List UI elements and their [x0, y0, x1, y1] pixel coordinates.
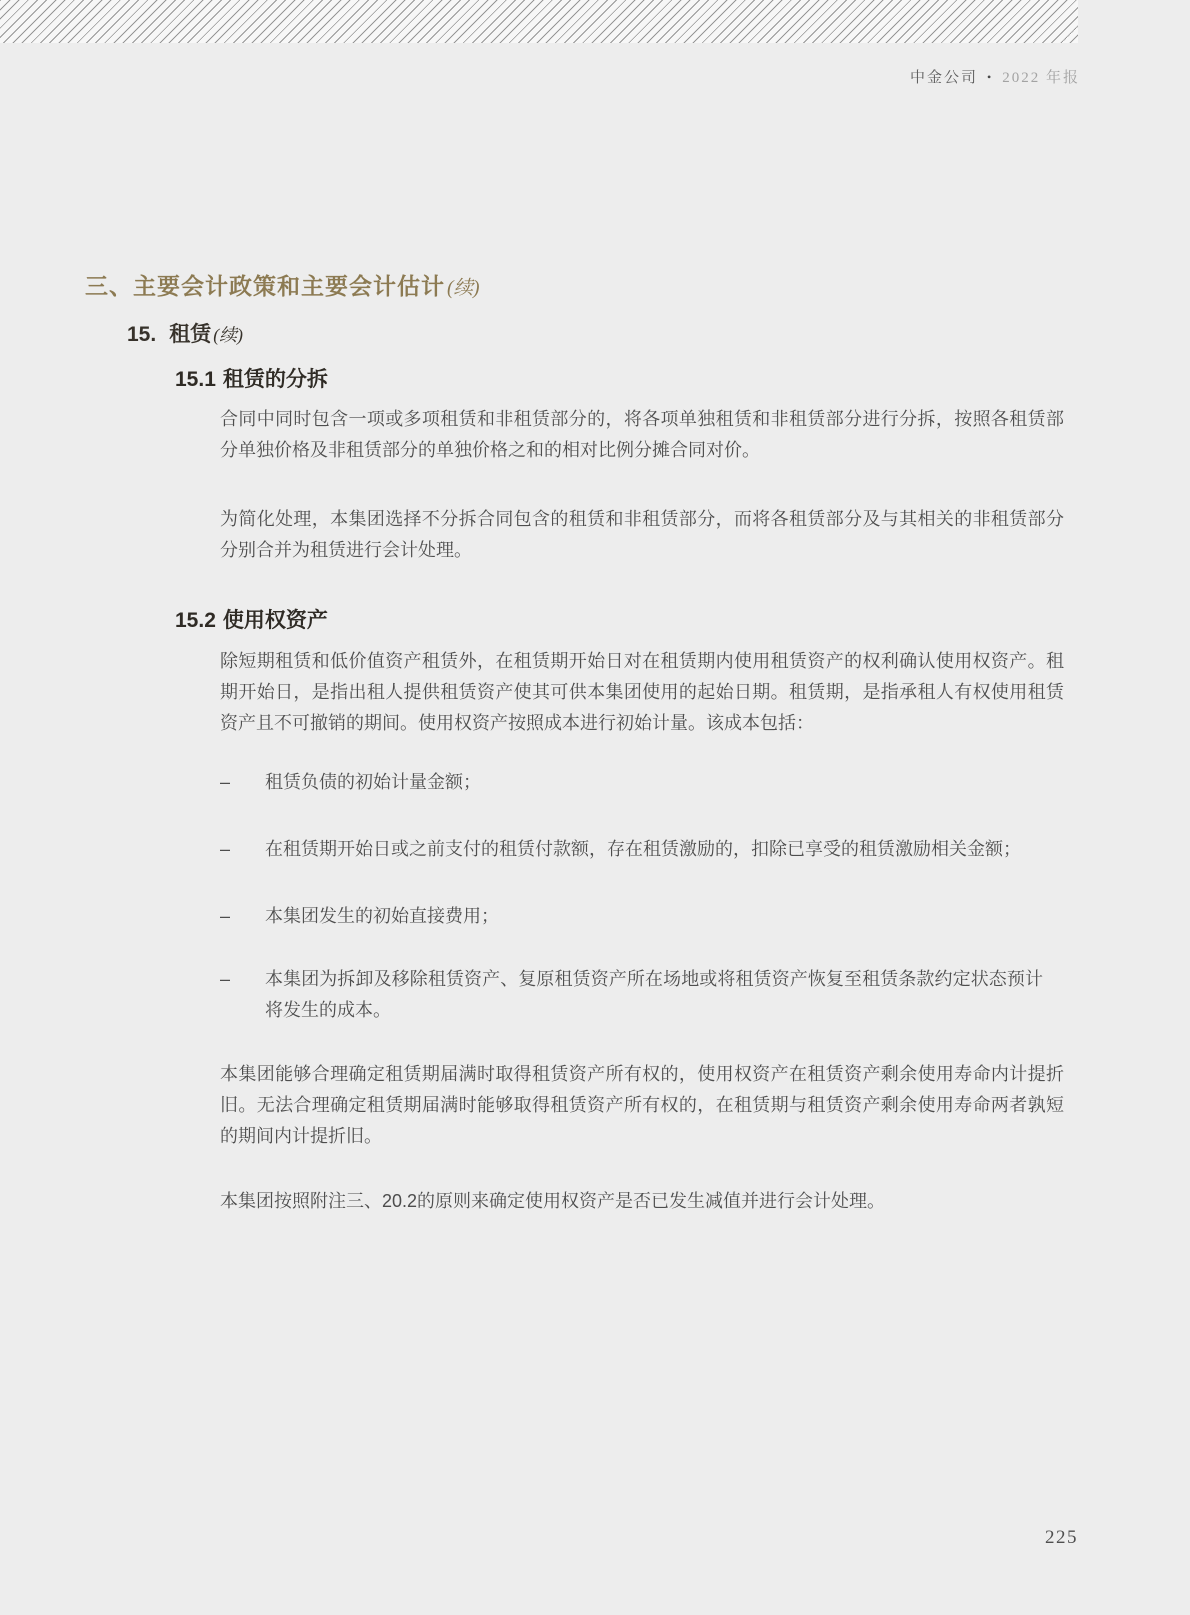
subsection-heading-15-2: 15.2使用权资产 — [175, 604, 328, 634]
bullet-item: – 租赁负债的初始计量金额； — [220, 767, 1065, 798]
bullet-text: 租赁负债的初始计量金额； — [265, 767, 1043, 798]
page-number: 225 — [1045, 1527, 1078, 1549]
document-page: 中金公司•2022 年报 三、主要会计政策和主要会计估计(续) 15.租赁(续)… — [0, 0, 1190, 1615]
subsection-number: 15.1 — [175, 368, 216, 391]
bullet-text: 在租赁期开始日或之前支付的租赁付款额，存在租赁激励的，扣除已享受的租赁激励相关金… — [265, 834, 1043, 865]
dash-marker: – — [220, 767, 230, 798]
section-title: 租赁 — [169, 323, 211, 346]
chapter-heading: 三、主要会计政策和主要会计估计(续) — [85, 268, 480, 301]
paragraph: 除短期租赁和低价值资产租赁外，在租赁期开始日对在租赁期内使用租赁资产的权利确认使… — [220, 646, 1064, 739]
continued-marker: (续) — [213, 325, 243, 345]
section-number: 15. — [127, 323, 156, 346]
subsection-heading-15-1: 15.1租赁的分拆 — [175, 363, 328, 393]
subsection-number: 15.2 — [175, 609, 216, 632]
paragraph: 合同中同时包含一项或多项租赁和非租赁部分的，将各项单独租赁和非租赁部分进行分拆，… — [220, 404, 1064, 466]
dash-marker: – — [220, 901, 230, 932]
dash-marker: – — [220, 834, 230, 865]
bullet-item: – 本集团为拆卸及移除租赁资产、复原租赁资产所在场地或将租赁资产恢复至租赁条款约… — [220, 964, 1065, 1026]
subsection-title: 使用权资产 — [223, 609, 328, 632]
chapter-title: 主要会计政策和主要会计估计 — [133, 273, 445, 299]
report-edition: 2022 年报 — [1002, 70, 1080, 86]
paragraph: 为简化处理，本集团选择不分拆合同包含的租赁和非租赁部分，而将各租赁部分及与其相关… — [220, 504, 1064, 566]
bullet-text: 本集团为拆卸及移除租赁资产、复原租赁资产所在场地或将租赁资产恢复至租赁条款约定状… — [265, 964, 1043, 1026]
company-name: 中金公司 — [910, 70, 978, 86]
continued-marker: (续) — [447, 278, 480, 299]
bullet-item: – 在租赁期开始日或之前支付的租赁付款额，存在租赁激励的，扣除已享受的租赁激励相… — [220, 834, 1065, 865]
separator-dot-icon: • — [987, 70, 993, 84]
subsection-title: 租赁的分拆 — [223, 368, 328, 391]
hatch-decoration-band — [0, 0, 1078, 43]
bullet-text: 本集团发生的初始直接费用； — [265, 901, 1043, 932]
section-heading: 15.租赁(续) — [127, 318, 243, 348]
bullet-item: – 本集团发生的初始直接费用； — [220, 901, 1065, 932]
dash-marker: – — [220, 964, 230, 995]
paragraph: 本集团按照附注三、20.2的原则来确定使用权资产是否已发生减值并进行会计处理。 — [220, 1186, 1064, 1217]
chapter-number: 三、 — [85, 273, 133, 299]
running-header: 中金公司•2022 年报 — [910, 66, 1080, 87]
paragraph: 本集团能够合理确定租赁期届满时取得租赁资产所有权的，使用权资产在租赁资产剩余使用… — [220, 1059, 1064, 1152]
